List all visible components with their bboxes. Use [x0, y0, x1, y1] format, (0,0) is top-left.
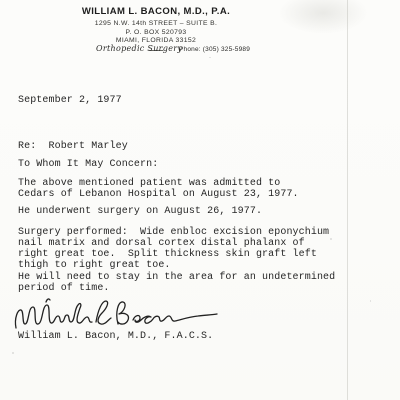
doctor-name: WILLIAM L. BACON, M.D., P.A. — [6, 6, 306, 17]
paper-speck — [330, 238, 332, 240]
paper-speck — [209, 57, 211, 58]
specialty-label: Orthopedic Surgery — [96, 44, 182, 53]
paper-speck — [12, 352, 14, 354]
paragraph-stay: He will need to stay in the area for an … — [18, 272, 335, 294]
salutation: To Whom It May Concern: — [18, 159, 158, 170]
typed-signature: William L. Bacon, M.D., F.A.C.S. — [18, 331, 213, 342]
paragraph-surgery-details: Surgery performed: Wide enbloc excision … — [18, 227, 329, 271]
re-line: Re: Robert Marley — [18, 141, 128, 152]
handwritten-signature — [12, 296, 222, 336]
phone-number: Phone: (305) 325-5989 — [179, 46, 250, 53]
scanned-letter-page: WILLIAM L. BACON, M.D., P.A. 1295 N.W. 1… — [0, 0, 400, 400]
paragraph-surgery-date: He underwent surgery on August 26, 1977. — [18, 206, 262, 217]
letter-date: September 2, 1977 — [18, 95, 122, 106]
address-pobox: P. O. BOX 520793 — [6, 29, 306, 38]
paper-speck — [370, 300, 371, 302]
scan-fold-line — [347, 0, 348, 400]
address-street: 1295 N.W. 14th STREET – SUITE B. — [6, 20, 306, 29]
paragraph-admission: The above mentioned patient was admitted… — [18, 178, 299, 200]
